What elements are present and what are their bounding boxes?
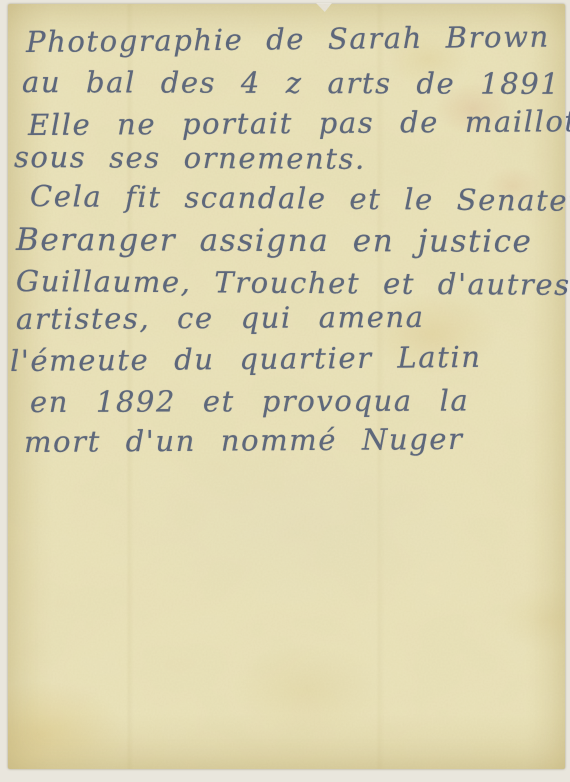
- photo-frame: Photographie de Sarah Brown au bal des 4…: [0, 0, 570, 782]
- handwritten-note: Photographie de Sarah Brown au bal des 4…: [8, 4, 565, 769]
- handwritten-line: sous ses ornements.: [14, 140, 366, 176]
- handwritten-line: artistes, ce qui amena: [16, 300, 425, 336]
- handwritten-line: Guillaume, Trouchet et d'autres: [16, 264, 570, 302]
- handwritten-line: Beranger assigna en justice: [16, 222, 533, 260]
- handwritten-line: l'émeute du quartier Latin: [10, 340, 482, 378]
- handwritten-line: Elle ne portait pas de maillot: [28, 104, 570, 142]
- handwritten-line: au bal des 4 z arts de 1891: [22, 65, 561, 101]
- handwritten-line: Photographie de Sarah Brown: [26, 20, 550, 59]
- handwritten-line: mort d'un nommé Nuger: [24, 422, 464, 459]
- aged-paper: Photographie de Sarah Brown au bal des 4…: [8, 4, 565, 769]
- handwritten-line: en 1892 et provoqua la: [30, 383, 469, 419]
- handwritten-line: Cela fit scandale et le Senateur: [30, 179, 570, 218]
